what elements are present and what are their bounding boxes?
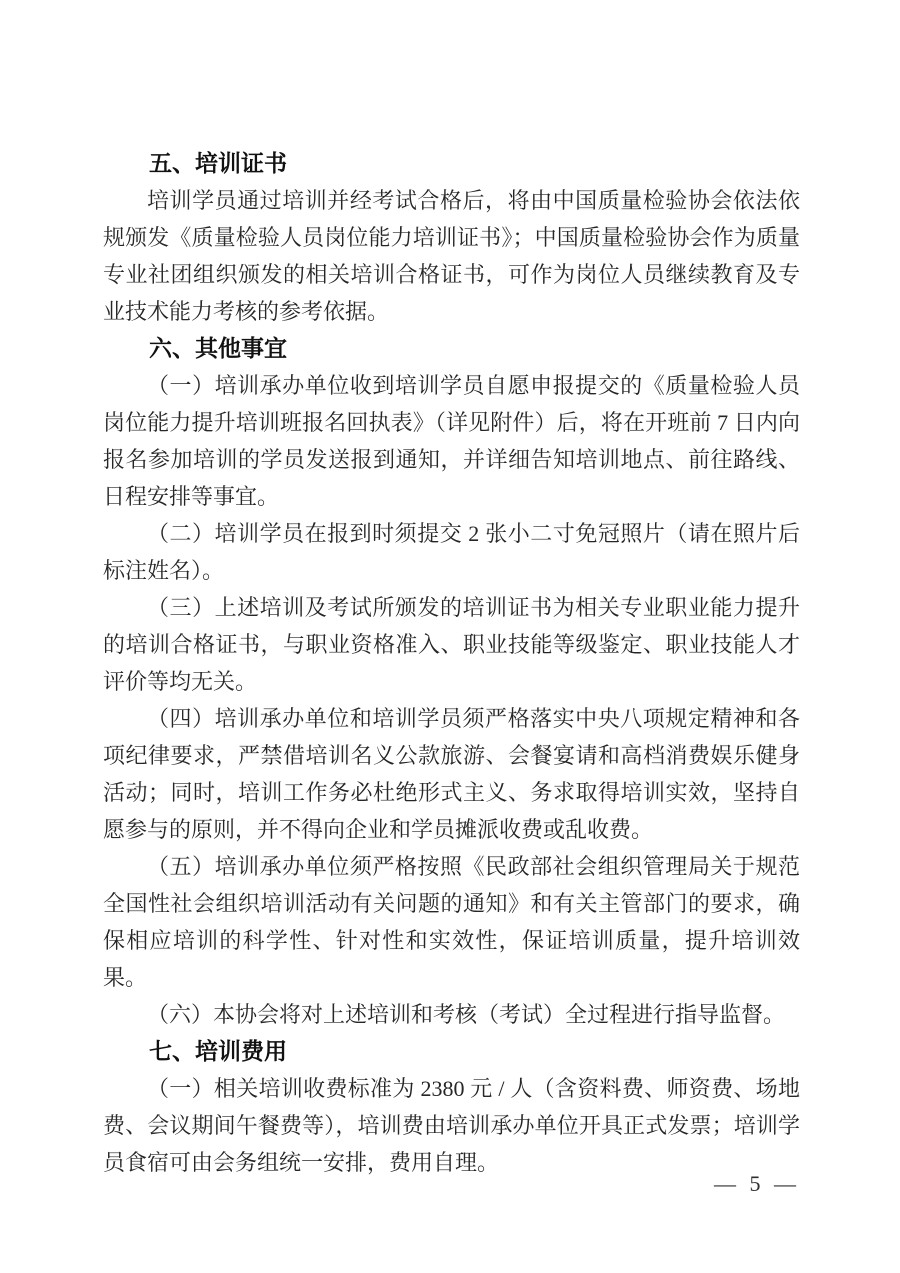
section-title-other-matters: 六、其他事宜 (103, 330, 800, 367)
paragraph-other-matters-1: （一）培训承办单位收到培训学员自愿申报提交的《质量检验人员岗位能力提升培训班报名… (103, 367, 800, 515)
section-training-fees: 七、培训费用 （一）相关培训收费标准为 2380 元 / 人（含资料费、师资费、… (103, 1033, 800, 1181)
paragraph-other-matters-4: （四）培训承办单位和培训学员须严格落实中央八项规定精神和各项纪律要求，严禁借培训… (103, 700, 800, 848)
section-other-matters: 六、其他事宜 （一）培训承办单位收到培训学员自愿申报提交的《质量检验人员岗位能力… (103, 330, 800, 1033)
section-training-certificate: 五、培训证书 培训学员通过培训并经考试合格后，将由中国质量检验协会依法依规颁发《… (103, 145, 800, 330)
paragraph-other-matters-3: （三）上述培训及考试所颁发的培训证书为相关专业职业能力提升的培训合格证书，与职业… (103, 589, 800, 700)
paragraph-other-matters-2: （二）培训学员在报到时须提交 2 张小二寸免冠照片（请在照片后标注姓名）。 (103, 515, 800, 589)
paragraph-training-fees-1: （一）相关培训收费标准为 2380 元 / 人（含资料费、师资费、场地费、会议期… (103, 1070, 800, 1181)
section-title-training-certificate: 五、培训证书 (103, 145, 800, 182)
section-title-training-fees: 七、培训费用 (103, 1033, 800, 1070)
paragraph-other-matters-6: （六）本协会将对上述培训和考核（考试）全过程进行指导监督。 (103, 996, 800, 1033)
page-number: — 5 — (714, 1170, 800, 1198)
document-page: 五、培训证书 培训学员通过培训并经考试合格后，将由中国质量检验协会依法依规颁发《… (103, 145, 800, 1181)
paragraph-other-matters-5: （五）培训承办单位须严格按照《民政部社会组织管理局关于规范全国性社会组织培训活动… (103, 848, 800, 996)
paragraph-certificate-issuance: 培训学员通过培训并经考试合格后，将由中国质量检验协会依法依规颁发《质量检验人员岗… (103, 182, 800, 330)
